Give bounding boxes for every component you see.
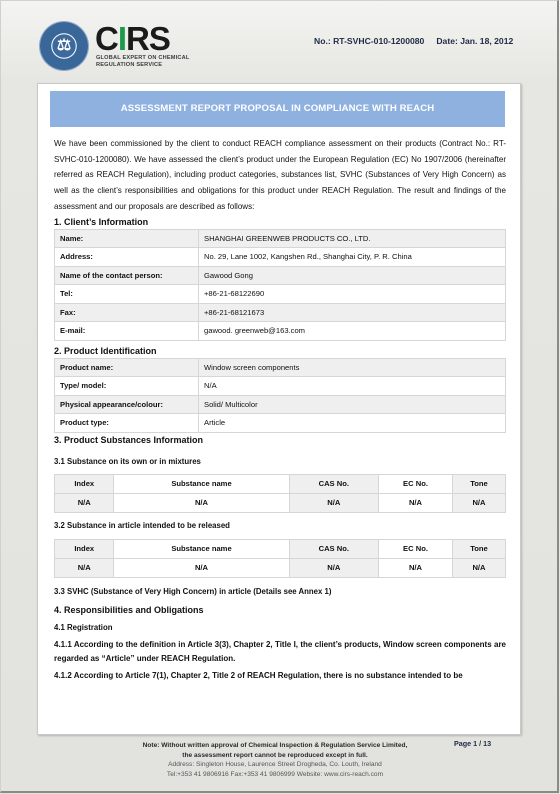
table-row: N/A N/A N/A N/A N/A xyxy=(55,493,506,512)
table-row: Name of the contact person:Gawood Gong xyxy=(55,266,506,285)
substance-released-table: Index Substance name CAS No. EC No. Tone… xyxy=(54,539,506,578)
section-4-heading: 4. Responsibilities and Obligations xyxy=(54,603,506,617)
table-row: Product name:Window screen components xyxy=(55,358,506,377)
report-number: No.: RT-SVHC-010-1200080 xyxy=(314,36,424,46)
client-info-table: Name:SHANGHAI GREENWEB PRODUCTS CO., LTD… xyxy=(54,229,506,341)
cirs-logo: CIRS xyxy=(95,22,170,56)
document-content: We have been commissioned by the client … xyxy=(54,136,506,683)
section-3-3-heading: 3.3 SVHC (Substance of Very High Concern… xyxy=(54,585,506,599)
report-meta: No.: RT-SVHC-010-1200080Date: Jan. 18, 2… xyxy=(314,36,513,46)
table-row: N/A N/A N/A N/A N/A xyxy=(55,558,506,577)
document-page: ASSESSMENT REPORT PROPOSAL IN COMPLIANCE… xyxy=(37,83,521,735)
table-row: E-mail:gawood. greenweb@163.com xyxy=(55,322,506,341)
intro-paragraph: We have been commissioned by the client … xyxy=(54,136,506,215)
table-row: Fax:+86-21-68121673 xyxy=(55,303,506,322)
footer-address: Address: Singleton House, Laurence Stree… xyxy=(90,760,460,779)
table-row: Type/ model:N/A xyxy=(55,377,506,396)
section-3-heading: 3. Product Substances Information xyxy=(54,433,506,447)
section-2-heading: 2. Product Identification xyxy=(54,344,506,358)
page-number: Page 1 / 13 xyxy=(454,739,491,748)
logo-tagline: GLOBAL EXPERT ON CHEMICAL REGULATION SER… xyxy=(96,55,189,69)
table-row: Name:SHANGHAI GREENWEB PRODUCTS CO., LTD… xyxy=(55,229,506,248)
report-date: Date: Jan. 18, 2012 xyxy=(436,36,513,46)
table-row: Physical appearance/colour:Solid/ Multic… xyxy=(55,395,506,414)
section-1-heading: 1. Client’s Information xyxy=(54,215,506,229)
footer-note: Note: Without written approval of Chemic… xyxy=(90,741,460,760)
section-4-1-heading: 4.1 Registration xyxy=(54,621,506,635)
paragraph-4-1-2: 4.1.2 According to Article 7(1), Chapter… xyxy=(54,669,506,684)
product-id-table: Product name:Window screen components Ty… xyxy=(54,358,506,433)
section-3-1-heading: 3.1 Substance on its own or in mixtures xyxy=(54,455,506,469)
substance-mixtures-table: Index Substance name CAS No. EC No. Tone… xyxy=(54,474,506,513)
table-header-row: Index Substance name CAS No. EC No. Tone xyxy=(55,474,506,493)
table-header-row: Index Substance name CAS No. EC No. Tone xyxy=(55,539,506,558)
table-row: Address:No. 29, Lane 1002, Kangshen Rd.,… xyxy=(55,248,506,267)
section-3-2-heading: 3.2 Substance in article intended to be … xyxy=(54,519,506,533)
report-title-banner: ASSESSMENT REPORT PROPOSAL IN COMPLIANCE… xyxy=(50,91,505,127)
scales-icon: ⚖ xyxy=(56,37,72,55)
table-row: Tel:+86-21-68122690 xyxy=(55,285,506,304)
paragraph-4-1-1: 4.1.1 According to the definition in Art… xyxy=(54,638,506,667)
seal-logo-icon: ⚖ xyxy=(40,22,88,70)
table-row: Product type:Article xyxy=(55,414,506,433)
